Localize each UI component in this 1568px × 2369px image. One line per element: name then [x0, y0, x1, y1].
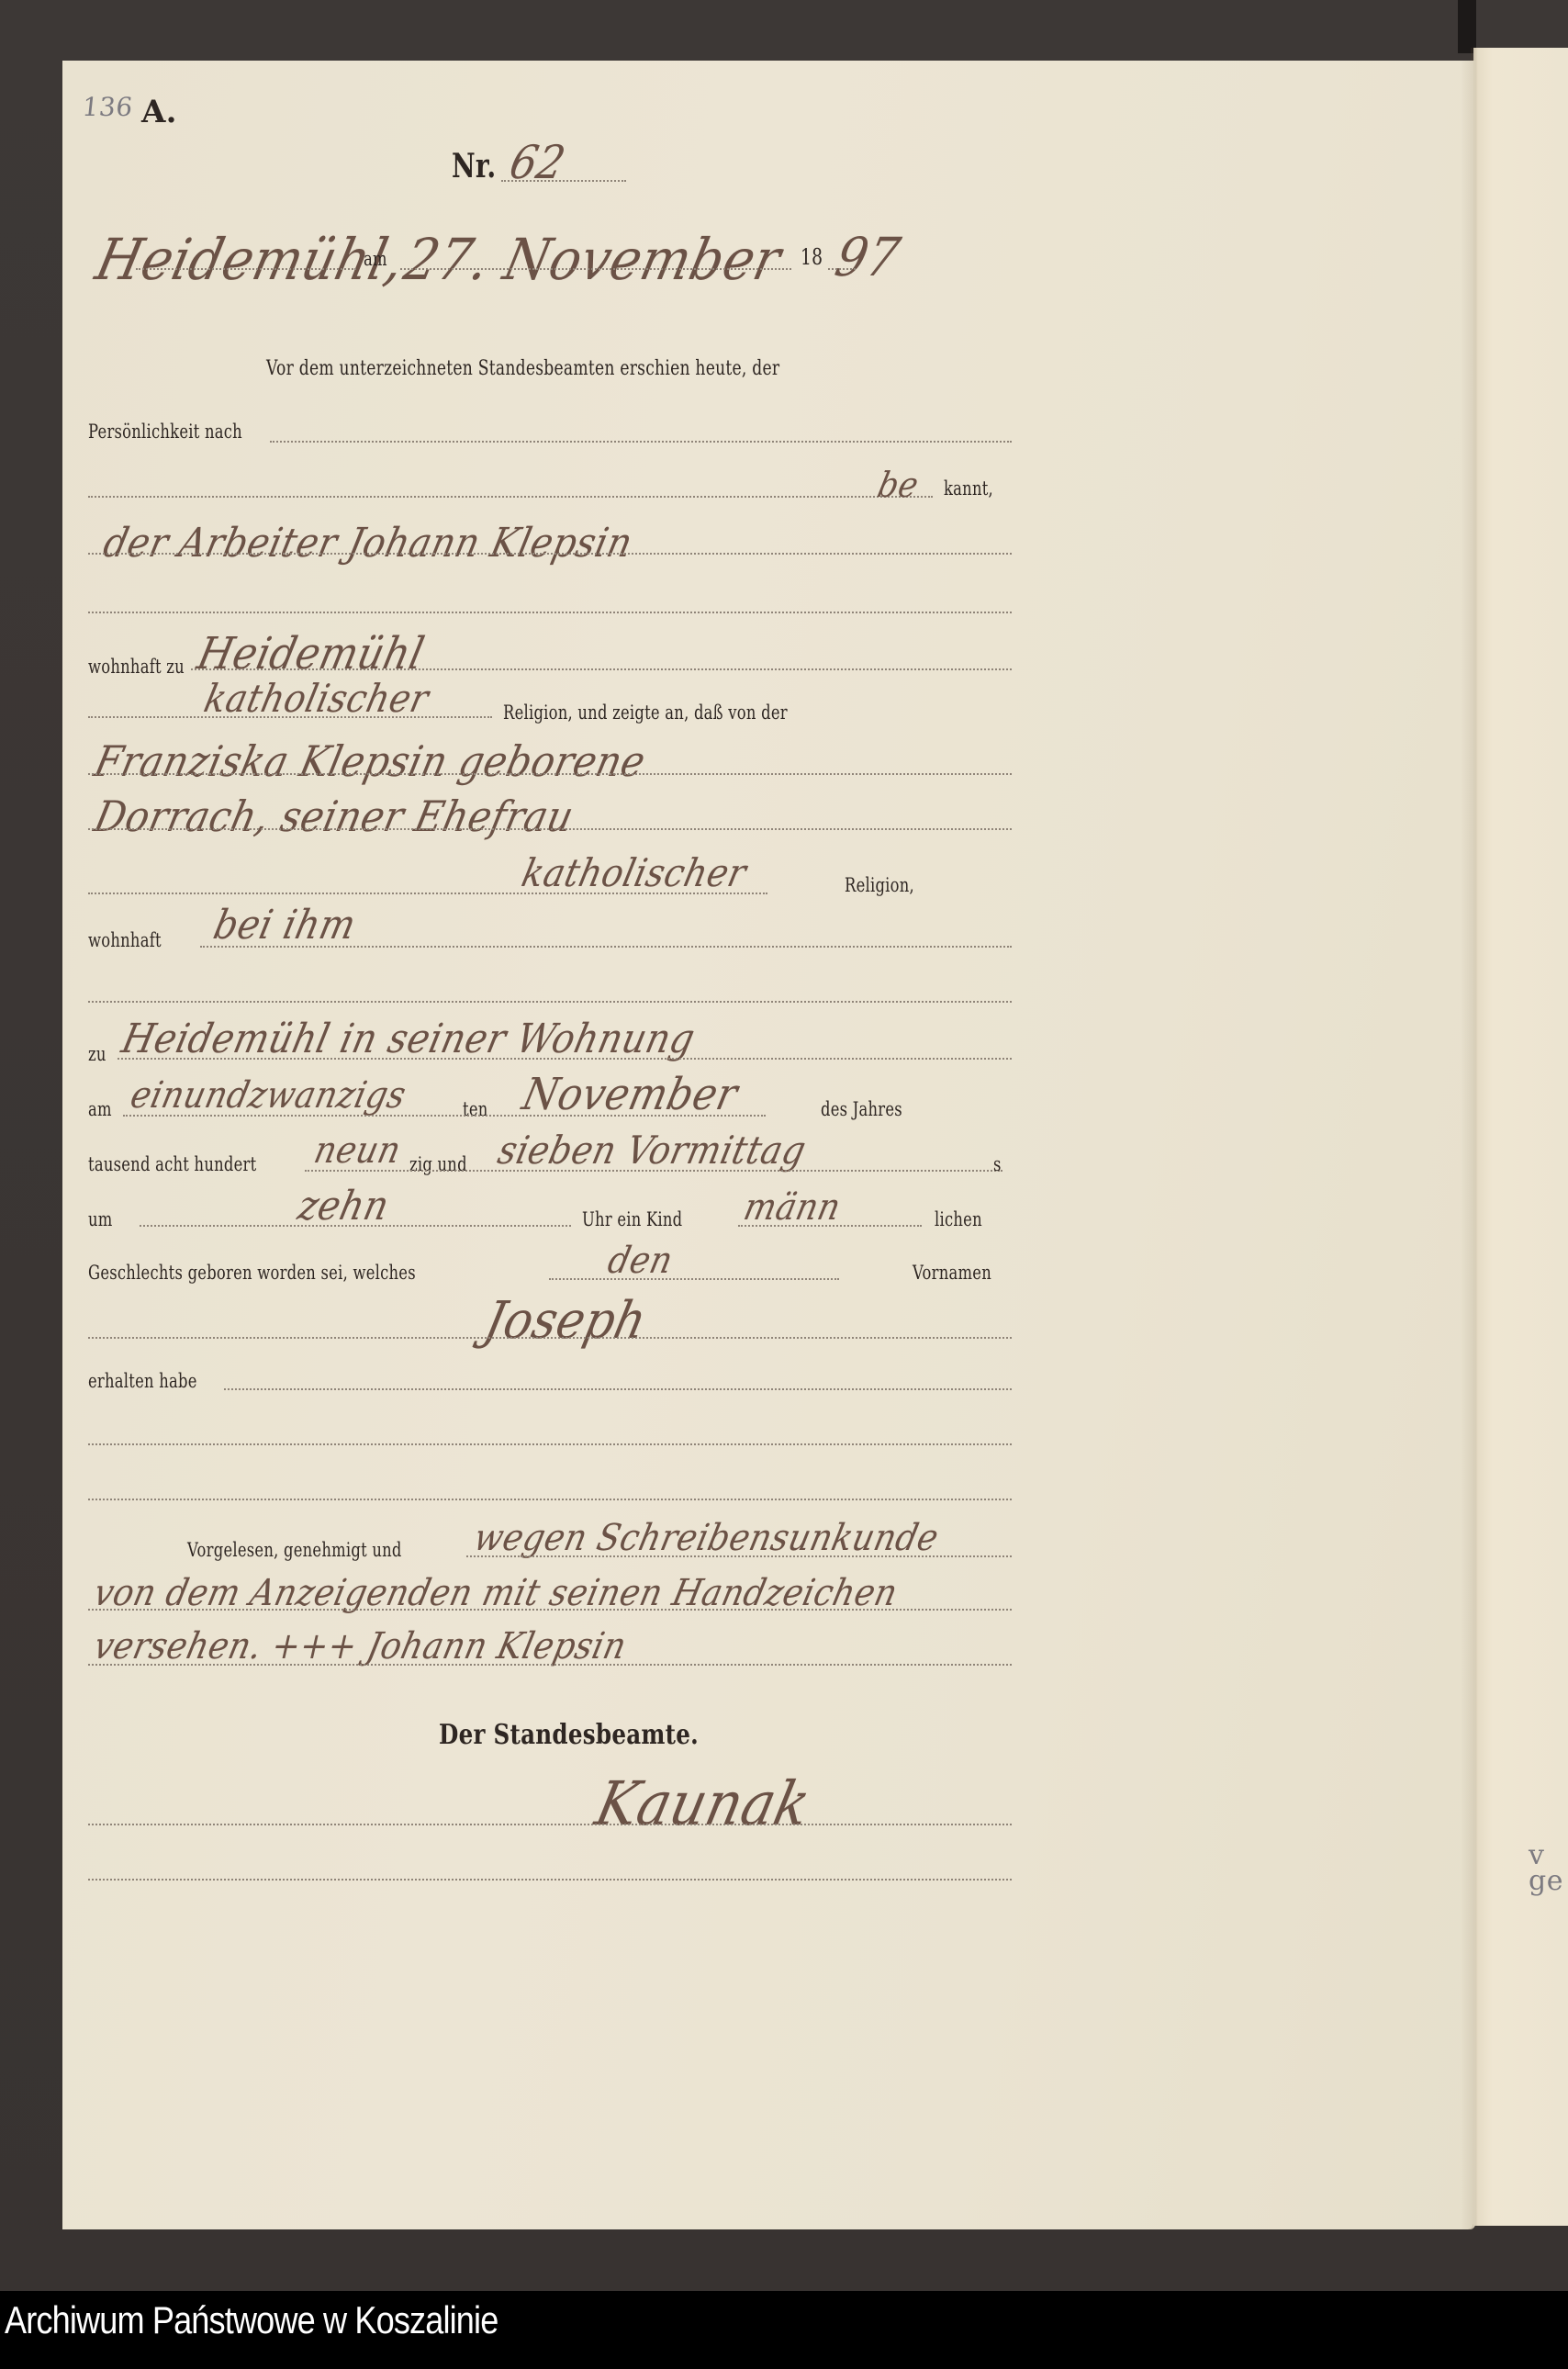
archive-caption: Archiwum Państwowe w Koszalinie	[5, 2298, 498, 2342]
persoenlichkeit-label: Persönlichkeit nach	[88, 421, 242, 443]
facing-page-edge: v ge	[1473, 48, 1568, 2226]
form-letter: A.	[141, 94, 177, 130]
year-suffix-handwritten: 97	[830, 226, 906, 288]
zig-und-text: zig und	[409, 1153, 467, 1175]
am-label: am	[88, 1098, 112, 1120]
child-sex-handwritten: männ	[740, 1186, 845, 1229]
erhalten-habe-label: erhalten habe	[88, 1370, 197, 1392]
dotted-rule	[738, 1225, 922, 1227]
dotted-rule	[88, 828, 1012, 830]
dotted-rule	[88, 893, 767, 894]
dotted-rule	[400, 268, 791, 270]
uhr-ein-kind-text: Uhr ein Kind	[582, 1208, 682, 1230]
zu-label: zu	[88, 1043, 106, 1065]
register-page: 136 A. Nr. 62 Heidemühl, am 27. November…	[62, 61, 1473, 2229]
record-number-label: Nr.	[452, 147, 496, 185]
vornamen-label: Vornamen	[913, 1262, 991, 1284]
religion-label: Religion,	[845, 874, 914, 896]
dotted-rule	[88, 1337, 1012, 1339]
dotted-rule	[88, 716, 492, 718]
dotted-rule	[88, 1609, 1012, 1611]
father-residence-handwritten: Heidemühl	[193, 628, 429, 679]
wohnhaft-label: wohnhaft	[88, 929, 162, 951]
facing-page-marginalia: v ge	[1529, 1843, 1563, 1894]
dotted-rule	[224, 1388, 1012, 1390]
dotted-rule	[88, 553, 1012, 555]
dotted-rule	[140, 1225, 571, 1227]
dotted-rule	[501, 180, 626, 182]
mother-maiden-name-handwritten: Dorrach, seiner Ehefrau	[90, 792, 578, 841]
year-prefix: 18	[801, 244, 823, 270]
dotted-rule	[88, 612, 1012, 613]
wohnhaft-zu-label: wohnhaft zu	[88, 656, 185, 678]
dotted-rule	[828, 268, 856, 270]
dotted-rule	[270, 441, 1012, 443]
dotted-rule	[88, 1664, 1012, 1666]
vorgelesen-text: Vorgelesen, genehmigt und	[187, 1539, 402, 1561]
birth-year-unit-handwritten: sieben Vormittag	[494, 1128, 811, 1173]
birth-hour-handwritten: zehn	[294, 1183, 394, 1229]
lichen-suffix: lichen	[935, 1208, 982, 1230]
archive-caption-bar: Archiwum Państwowe w Koszalinie	[0, 2291, 1568, 2369]
geschlechts-text: Geschlechts geboren worden sei, welches	[88, 1262, 416, 1284]
religion-declaration-text: Religion, und zeigte an, daß von der	[503, 702, 788, 724]
mother-religion-handwritten: katholischer	[518, 850, 751, 895]
den-handwritten: den	[604, 1240, 677, 1282]
pencil-folio-number: 136	[81, 92, 134, 122]
dotted-rule	[88, 1879, 1012, 1881]
dotted-rule	[118, 1058, 1012, 1060]
mother-residence-handwritten: bei ihm	[209, 902, 360, 949]
dotted-rule	[200, 946, 1012, 948]
kannt-label: kannt,	[944, 477, 993, 500]
dotted-rule	[88, 1824, 1012, 1825]
dotted-rule	[136, 268, 356, 270]
des-jahres-label: des Jahres	[821, 1098, 902, 1120]
closing-handwritten-1: wegen Schreibensunkunde	[470, 1517, 943, 1559]
father-name-handwritten: der Arbeiter Johann Klepsin	[99, 520, 637, 567]
am-label: am	[364, 248, 387, 270]
closing-handwritten-3: versehen. +++ Johann Klepsin	[90, 1625, 631, 1667]
dotted-rule	[88, 1001, 1012, 1003]
birthplace-handwritten: Heidemühl in seiner Wohnung	[118, 1016, 700, 1062]
dotted-rule	[549, 1278, 839, 1280]
ten-suffix: ten	[463, 1098, 488, 1120]
birth-day-handwritten: einundzwanzigs	[127, 1074, 409, 1117]
s-suffix: s	[993, 1153, 1002, 1175]
child-name-handwritten: Joseph	[479, 1291, 652, 1351]
dotted-rule	[88, 496, 933, 498]
dotted-rule	[305, 1170, 1002, 1172]
birth-year-decade-handwritten: neun	[310, 1129, 405, 1172]
form-intro: Vor dem unterzeichneten Standesbeamten e…	[266, 357, 779, 380]
form-intro-text: Vor dem unterzeichneten Standesbeamten e…	[266, 351, 779, 381]
dotted-rule	[191, 668, 1012, 670]
dotted-rule	[88, 1443, 1012, 1445]
year-prefix-text: tausend acht hundert	[88, 1153, 256, 1175]
dotted-rule	[123, 1115, 766, 1117]
mother-name-handwritten: Franziska Klepsin geborene	[90, 736, 650, 786]
father-religion-handwritten: katholischer	[200, 676, 433, 721]
registrar-signature: Kaunak	[589, 1768, 817, 1839]
handwritten-be: be	[874, 465, 923, 505]
birth-month-handwritten: November	[518, 1069, 743, 1120]
dotted-rule	[466, 1555, 1012, 1557]
binding-gap	[1458, 0, 1476, 53]
dotted-rule	[88, 773, 1012, 775]
date-handwritten: 27. November	[398, 226, 788, 293]
um-label: um	[88, 1208, 113, 1230]
standesbeamte-title: Der Standesbeamte.	[439, 1719, 699, 1751]
dotted-rule	[88, 1499, 1012, 1500]
